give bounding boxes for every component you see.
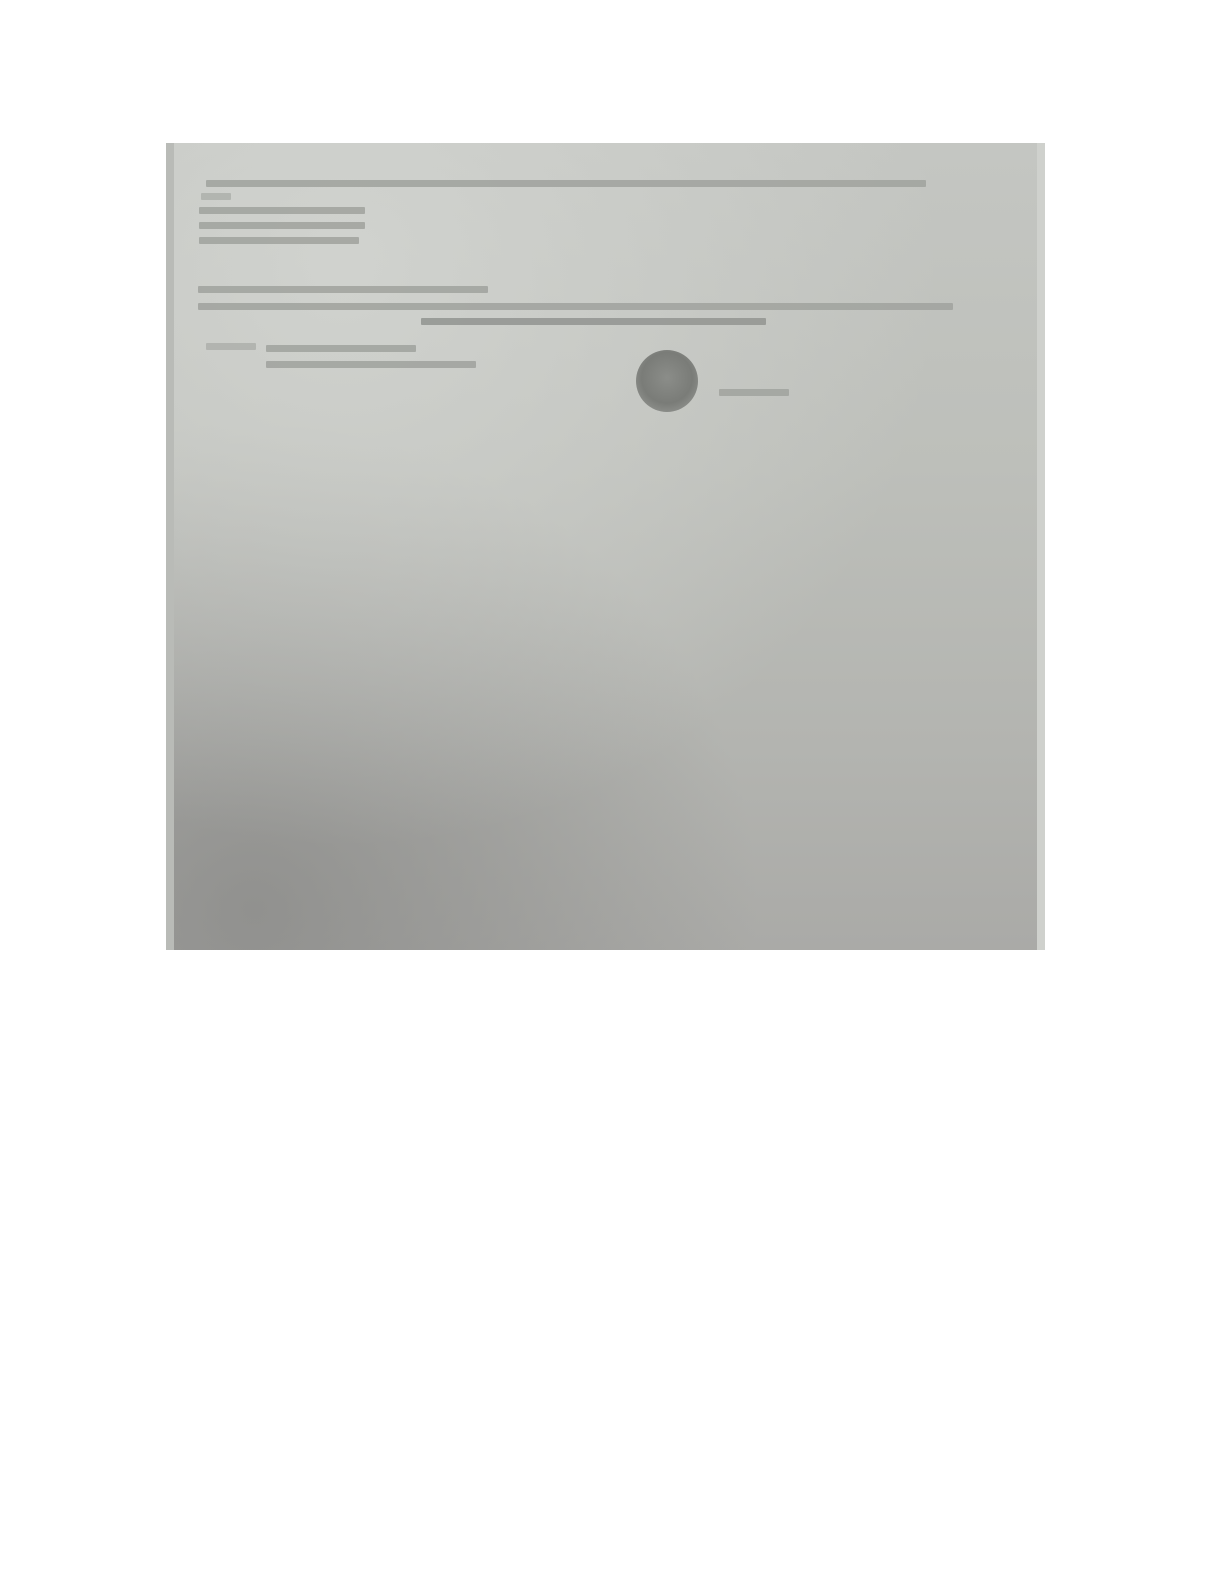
text-line (199, 222, 365, 229)
text-line (199, 237, 359, 244)
text-line (198, 303, 953, 310)
formula-line (206, 343, 256, 350)
formula-line (266, 345, 416, 352)
round-stamp (636, 350, 698, 412)
formula-line (266, 361, 476, 368)
text-line (201, 193, 231, 200)
text-line (206, 180, 926, 187)
photo-left-edge (166, 143, 174, 950)
text-line (198, 286, 488, 293)
text-line (199, 207, 365, 214)
photo-right-edge (1037, 143, 1045, 950)
text-line (421, 318, 766, 325)
stamp-caption (719, 389, 789, 396)
document-photo: Photograph of a printed document; text i… (166, 143, 1045, 950)
